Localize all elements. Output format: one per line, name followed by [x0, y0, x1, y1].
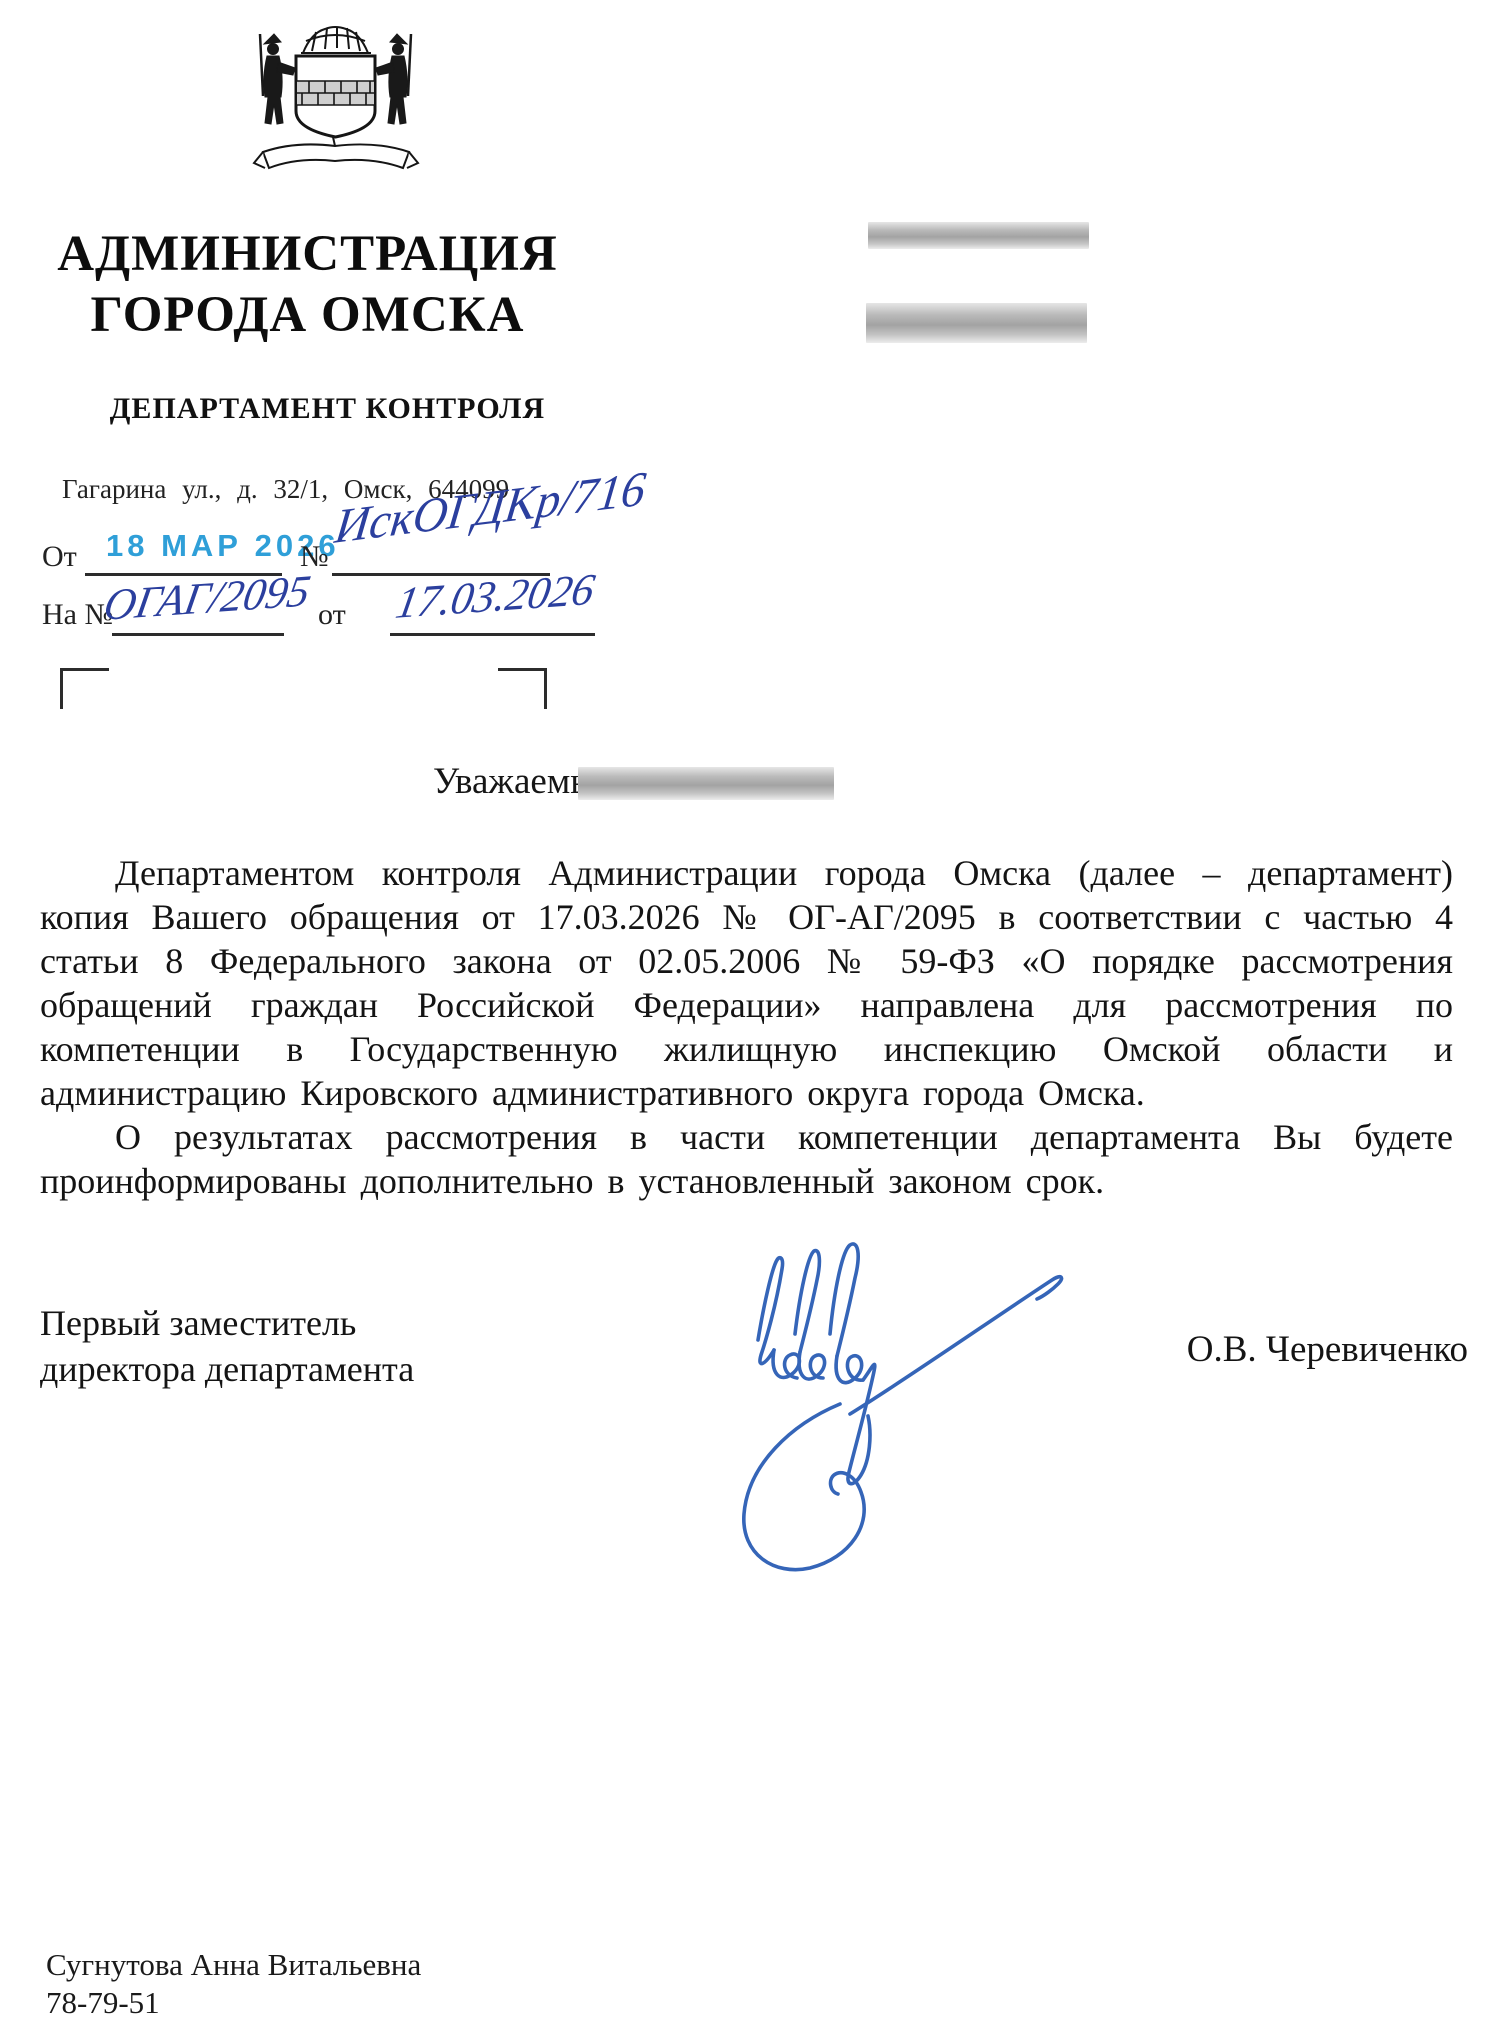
redaction-bar: [868, 222, 1089, 249]
executor-name: Сугнутова Анна Витальевна: [46, 1946, 421, 1984]
org-name-line2: ГОРОДА ОМСКА: [35, 285, 580, 346]
right-supporter-figure: [376, 34, 411, 124]
addressee-corner-mark-right: [498, 668, 547, 709]
redaction-bar: [866, 303, 1087, 343]
department-name: ДЕПАРТАМЕНТ КОНТРОЛЯ: [35, 392, 620, 426]
redaction-bar-name: [578, 767, 834, 800]
body-paragraph-2: О результатах рассмотрения в части компе…: [40, 1115, 1453, 1203]
handwritten-signature: [700, 1222, 1100, 1607]
incoming-date-line: [390, 633, 595, 636]
executor-phone: 78-79-51: [46, 1984, 421, 2022]
organization-name: АДМИНИСТРАЦИЯ ГОРОДА ОМСКА: [35, 224, 580, 346]
incoming-number-line: [112, 633, 284, 636]
signer-name: О.В. Черевиченко: [1187, 1328, 1468, 1371]
body-paragraph-1: Департаментом контроля Администрации гор…: [40, 851, 1453, 1115]
signer-position-line1: Первый заместитель: [40, 1300, 414, 1346]
of-date-label: от: [318, 598, 346, 632]
left-supporter-figure: [260, 34, 295, 124]
executor-block: Сугнутова Анна Витальевна 78-79-51: [46, 1946, 421, 2022]
org-name-line1: АДМИНИСТРАЦИЯ: [35, 224, 580, 285]
signer-position: Первый заместитель директора департамент…: [40, 1300, 414, 1392]
signer-position-line2: директора департамента: [40, 1346, 414, 1392]
letter-body: Департаментом контроля Администрации гор…: [40, 851, 1453, 1203]
from-label: От: [42, 540, 77, 574]
omsk-coat-of-arms-icon: [233, 22, 438, 198]
letter-page: АДМИНИСТРАЦИЯ ГОРОДА ОМСКА ДЕПАРТАМЕНТ К…: [0, 0, 1502, 2043]
addressee-corner-mark-left: [60, 668, 109, 709]
